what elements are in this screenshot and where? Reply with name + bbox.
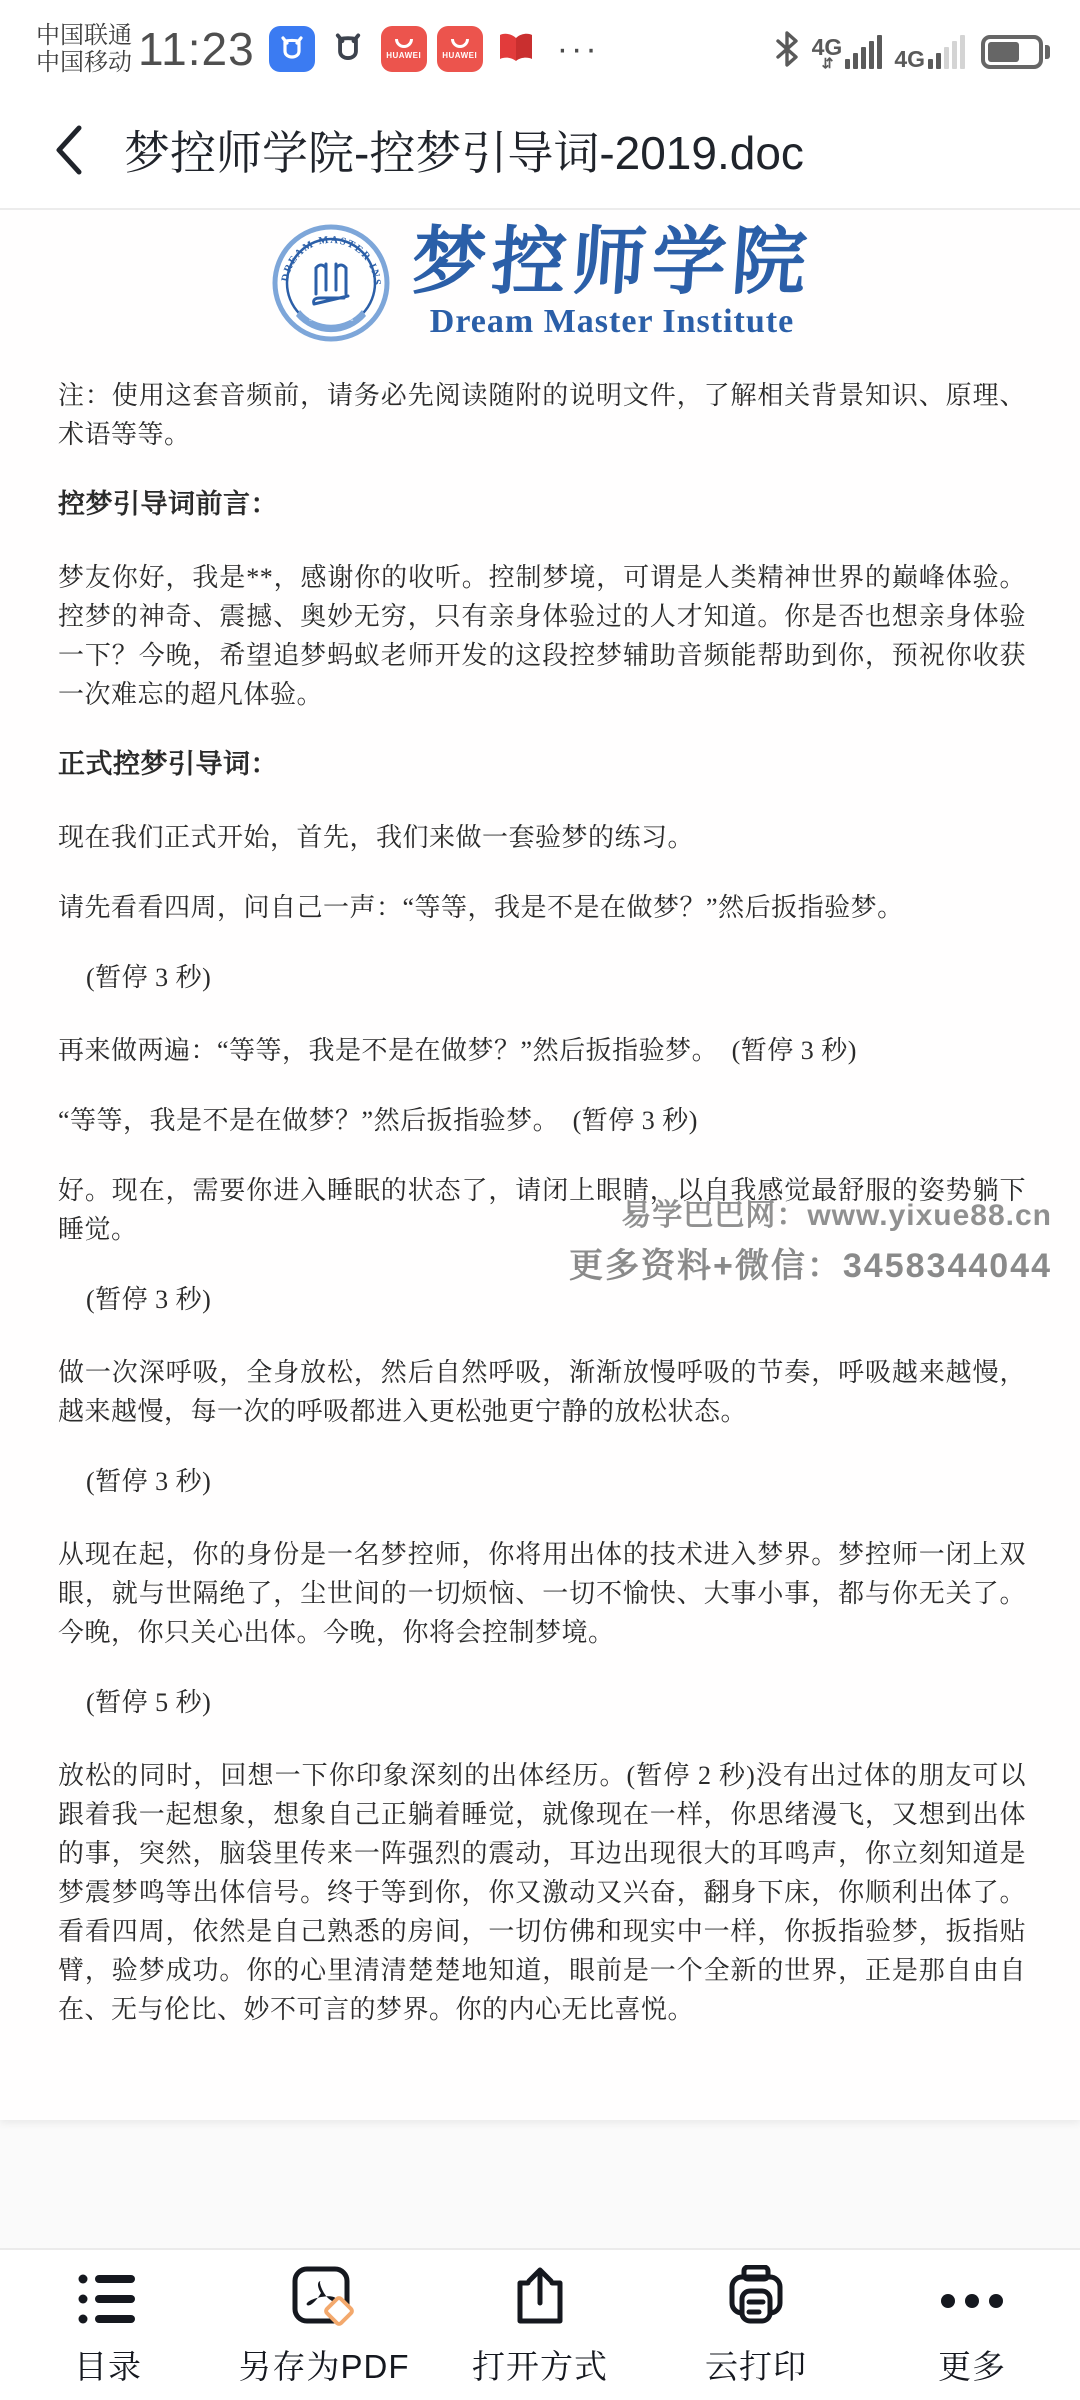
doc-paragraph: 好。现在，需要你进入睡眠的状态了，请闭上眼睛，以自我感觉最舒服的姿势躺下睡觉。 xyxy=(58,1171,1026,1249)
huawei-label: HUAWEI xyxy=(386,51,421,60)
bull-glyph-icon xyxy=(331,32,365,66)
doc-paragraph: 现在我们正式开始，首先，我们来做一套验梦的练习。 xyxy=(58,818,1026,857)
doc-paragraph: 从现在起，你的身份是一名梦控师，你将用出体的技术进入梦界。梦控师一闭上双眼，就与… xyxy=(58,1535,1026,1652)
doc-paragraph-note: 注：使用这套音频前，请务必先阅读随附的说明文件，了解相关背景知识、原理、术语等等… xyxy=(58,376,1026,454)
institute-seal-icon: DREAM MASTER INSTITUTE 梦控师学院 xyxy=(272,224,390,342)
signal-bars-icon xyxy=(928,35,965,69)
document-title: 梦控师学院-控梦引导词-2019.doc xyxy=(124,117,804,183)
huawei-app-icon: HUAWEI xyxy=(381,26,427,72)
open-book-glyph-icon xyxy=(496,32,536,66)
back-button[interactable] xyxy=(40,122,96,178)
doc-pause-line: (暂停 3 秒) xyxy=(58,1462,1026,1501)
seal-emblem-icon: DREAM MASTER INSTITUTE 梦控师学院 xyxy=(272,224,390,342)
network-type: 4G xyxy=(894,49,925,69)
institute-names: 梦控师学院 Dream Master Institute xyxy=(412,225,812,341)
doc-pause-line: (暂停 3 秒) xyxy=(58,1280,1026,1319)
doc-paragraph: 放松的同时，回想一下你印象深刻的出体经历。(暂停 2 秒)没有出过体的朋友可以跟… xyxy=(58,1756,1026,2029)
cloud-print-button[interactable]: 云打印 xyxy=(648,2250,864,2400)
open-with-button[interactable]: 打开方式 xyxy=(432,2250,648,2400)
save-as-pdf-label: 另存为PDF xyxy=(239,2341,410,2388)
document-body: 注：使用这套音频前，请务必先阅读随附的说明文件，了解相关背景知识、原理、术语等等… xyxy=(58,376,1026,2029)
status-right-cluster: 4G ⇵ 4G xyxy=(774,29,1050,69)
institute-name-cn: 梦控师学院 xyxy=(409,225,814,301)
save-as-pdf-button[interactable]: 另存为PDF xyxy=(216,2250,432,2400)
status-bar: 中国联通 中国移动 11:23 HUAWEI HUAWEI xyxy=(0,0,1080,92)
toc-list-icon xyxy=(77,2263,139,2327)
sim1-network-indicator: 4G ⇵ xyxy=(812,35,883,69)
doc-pause-line: (暂停 3 秒) xyxy=(58,958,1026,997)
toc-button[interactable]: 目录 xyxy=(0,2250,216,2400)
battery-icon xyxy=(981,35,1050,69)
smile-arc-icon xyxy=(451,39,469,48)
bull-outline-icon xyxy=(325,26,371,72)
doc-paragraph: 再来做两遍：“等等，我是不是在做梦？”然后扳指验梦。 (暂停 3 秒) xyxy=(58,1031,1026,1070)
institute-name-en: Dream Master Institute xyxy=(430,303,794,341)
huawei-app-icon-2: HUAWEI xyxy=(437,26,483,72)
carrier-line1: 中国联通 xyxy=(36,22,132,49)
phone-screen: 中国联通 中国移动 11:23 HUAWEI HUAWEI xyxy=(0,0,1080,2400)
sim2-network-indicator: 4G xyxy=(894,35,965,69)
doc-paragraph: 请先看看四周，问自己一声：“等等，我是不是在做梦？”然后扳指验梦。 xyxy=(58,888,1026,927)
toc-label: 目录 xyxy=(74,2341,142,2388)
open-with-icon xyxy=(511,2263,569,2327)
network1-label: 4G xyxy=(812,37,843,57)
smile-arc-icon xyxy=(395,39,413,48)
nav-bar: 梦控师学院-控梦引导词-2019.doc xyxy=(0,92,1080,210)
institute-logo: DREAM MASTER INSTITUTE 梦控师学院 梦控师学院 Dream… xyxy=(58,224,1026,342)
cloud-print-label: 云打印 xyxy=(705,2341,807,2388)
doc-heading-preface: 控梦引导词前言： xyxy=(58,485,1026,524)
bottom-toolbar: 目录 另存为PDF 打开方式 xyxy=(0,2248,1080,2400)
seal-banner-text: 梦控师学院 xyxy=(308,311,353,322)
bull-glyph-icon xyxy=(277,34,307,64)
status-time: 11:23 xyxy=(138,22,255,76)
bull-app-icon xyxy=(269,26,315,72)
more-notifications-dots: ··· xyxy=(557,30,600,69)
document-page: DREAM MASTER INSTITUTE 梦控师学院 梦控师学院 Dream… xyxy=(0,210,1080,2120)
open-with-label: 打开方式 xyxy=(472,2341,608,2388)
network-type: 4G ⇵ xyxy=(812,37,843,69)
signal-bars-icon xyxy=(845,35,882,69)
doc-pause-line: (暂停 5 秒) xyxy=(58,1683,1026,1722)
data-arrows-icon: ⇵ xyxy=(822,57,833,69)
red-book-icon xyxy=(493,26,539,72)
network2-label: 4G xyxy=(894,49,925,69)
carrier-line2: 中国移动 xyxy=(36,49,132,76)
notification-icons: HUAWEI HUAWEI ··· xyxy=(269,26,600,72)
chevron-left-icon xyxy=(51,122,85,178)
cloud-print-icon xyxy=(726,2263,786,2327)
document-viewer[interactable]: DREAM MASTER INSTITUTE 梦控师学院 梦控师学院 Dream… xyxy=(0,210,1080,2248)
more-label: 更多 xyxy=(938,2341,1006,2388)
doc-paragraph: “等等，我是不是在做梦？”然后扳指验梦。 (暂停 3 秒) xyxy=(58,1101,1026,1140)
doc-paragraph: 做一次深呼吸，全身放松，然后自然呼吸，渐渐放慢呼吸的节奏，呼吸越来越慢，越来越慢… xyxy=(58,1353,1026,1431)
doc-heading-formal: 正式控梦引导词： xyxy=(58,745,1026,784)
more-dots-icon xyxy=(939,2263,1005,2327)
save-as-pdf-icon xyxy=(291,2263,357,2327)
more-button[interactable]: 更多 xyxy=(864,2250,1080,2400)
carrier-names: 中国联通 中国移动 xyxy=(36,22,132,76)
huawei-label: HUAWEI xyxy=(442,51,477,60)
doc-paragraph: 梦友你好，我是**，感谢你的收听。控制梦境，可谓是人类精神世界的巅峰体验。控梦的… xyxy=(58,558,1026,714)
bluetooth-icon xyxy=(774,29,800,69)
